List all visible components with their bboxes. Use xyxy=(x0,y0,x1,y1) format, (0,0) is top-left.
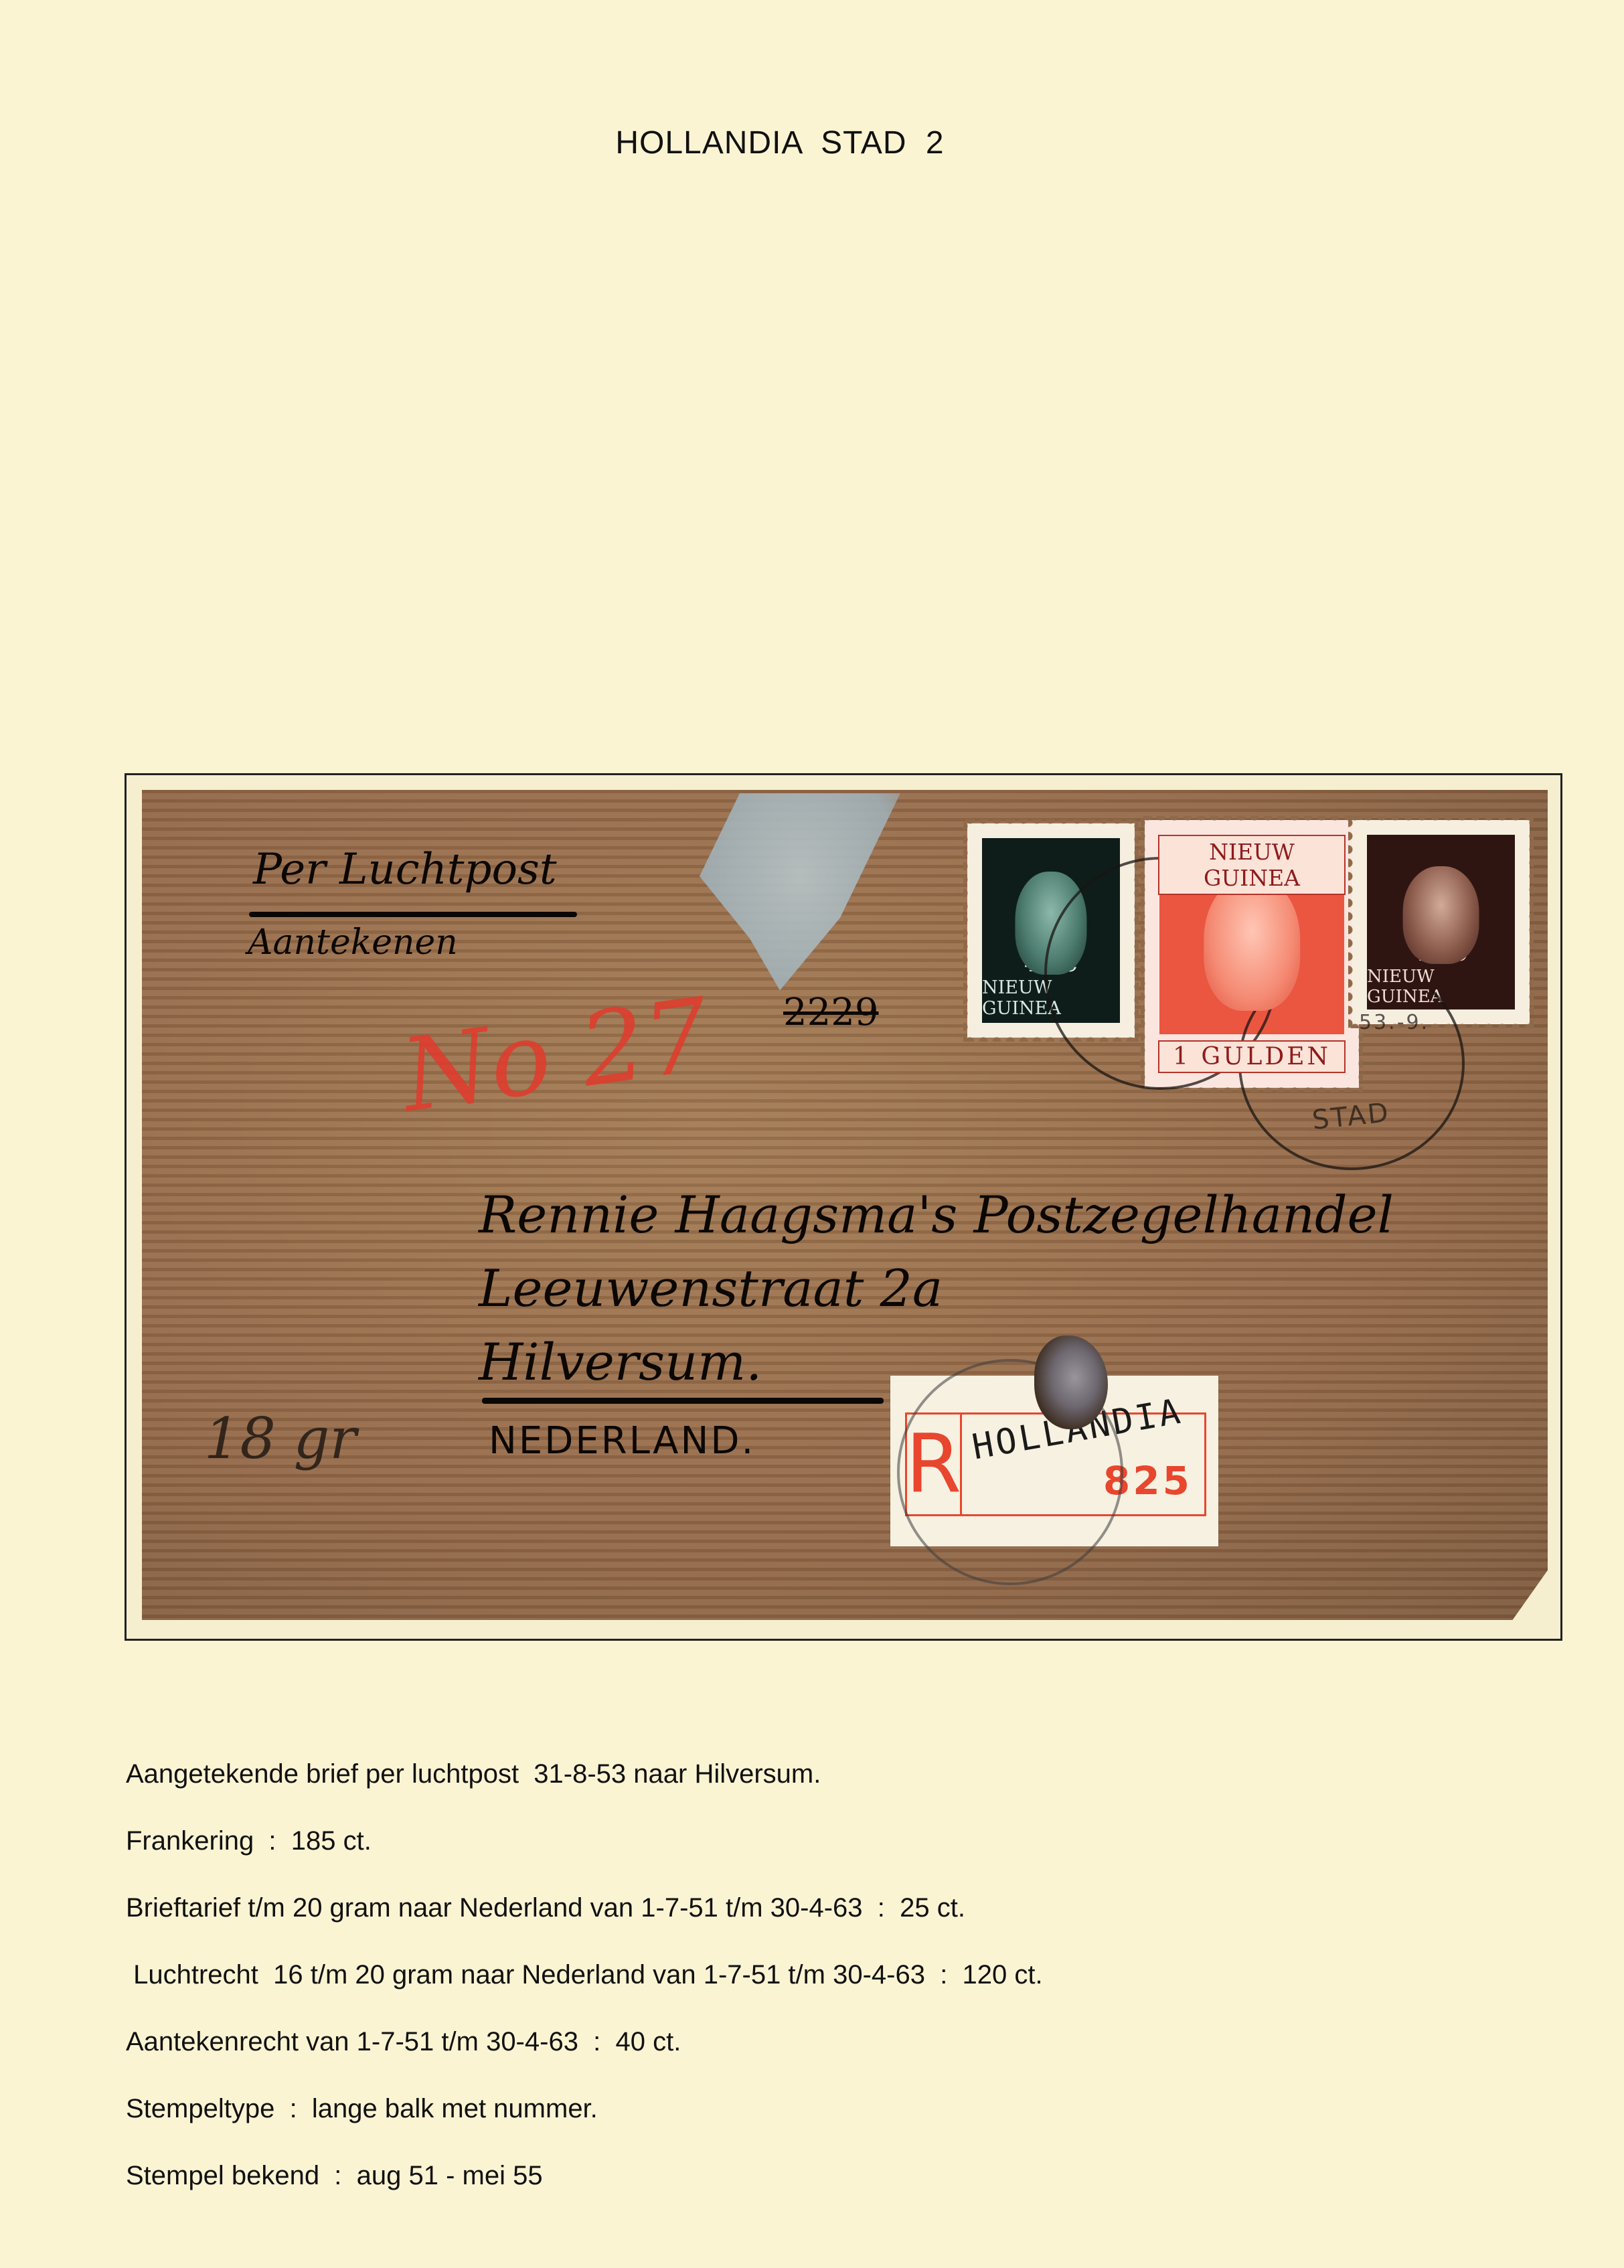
caption-letter-rate: Brieftarief t/m 20 gram naar Nederland v… xyxy=(126,1894,1043,1961)
caption-cancel-type: Stempeltype : lange balk met nummer. xyxy=(126,2095,1043,2162)
handwritten-weight-note: 18 gr xyxy=(204,1406,357,1471)
handwritten-serial-number: 2229 xyxy=(783,991,879,1034)
stamp-country: NIEUW GUINEA xyxy=(1158,835,1346,895)
caption-summary: Aangetekende brief per luchtpost 31-8-53… xyxy=(126,1761,1043,1828)
queen-portrait-icon xyxy=(1204,878,1300,1011)
handwritten-registered-note: Aantekenen xyxy=(248,922,458,963)
handwritten-airmail-note: Per Luchtpost xyxy=(253,845,557,894)
caption-airmail-fee: Luchtrecht 16 t/m 20 gram naar Nederland… xyxy=(126,1961,1043,2028)
address-line-city: Hilversum. xyxy=(479,1332,762,1392)
caption-cancel-known: Stempel bekend : aug 51 - mei 55 xyxy=(126,2162,1043,2229)
queen-portrait-icon xyxy=(1402,866,1479,964)
description-caption: Aangetekende brief per luchtpost 31-8-53… xyxy=(126,1761,1043,2229)
caption-registration-fee: Aantekenrecht van 1-7-51 t/m 30-4-63 : 4… xyxy=(126,2028,1043,2095)
airmail-underline xyxy=(249,912,577,917)
burn-mark xyxy=(1034,1335,1108,1429)
address-line-name: Rennie Haagsma's Postzegelhandel xyxy=(479,1185,1394,1244)
address-line-street: Leeuwenstraat 2a xyxy=(479,1259,943,1318)
caption-franking: Frankering : 185 ct. xyxy=(126,1828,1043,1894)
stamp-value: 1 GULDEN xyxy=(1158,1040,1346,1073)
postmark-date: 53.-9. xyxy=(1359,1011,1429,1034)
address-line-country: NEDERLAND. xyxy=(489,1419,755,1463)
city-underline xyxy=(482,1398,884,1404)
page-title: HOLLANDIA STAD 2 xyxy=(0,125,1560,161)
